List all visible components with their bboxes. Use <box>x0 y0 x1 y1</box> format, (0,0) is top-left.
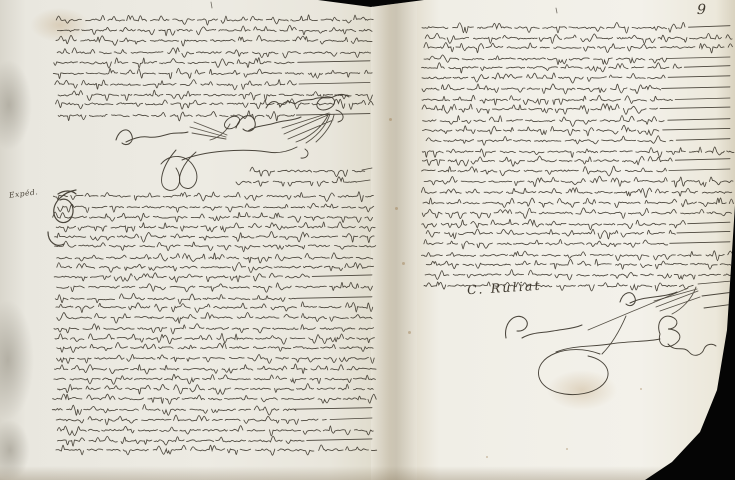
left-date-lines <box>236 167 372 186</box>
signature-defeuillon-right-center <box>506 288 688 347</box>
handwriting-layer <box>0 0 735 480</box>
left-paraphe <box>161 147 308 190</box>
left-opening-paragraph <box>53 15 373 121</box>
right-paraphe <box>539 316 716 395</box>
right-body-paragraph <box>421 22 734 291</box>
manuscript-photo: 9 Expéd. C. Ruliat <box>0 0 735 480</box>
signature-blanchin <box>266 94 349 108</box>
signature-defeuillon-right-upper <box>620 287 734 314</box>
manuscript-spread: 9 Expéd. C. Ruliat <box>0 0 735 480</box>
page-number: 9 <box>697 2 706 18</box>
top-tick-marks <box>211 2 557 13</box>
signature-defeuillon-left <box>116 116 240 144</box>
left-body-paragraph <box>52 192 376 456</box>
